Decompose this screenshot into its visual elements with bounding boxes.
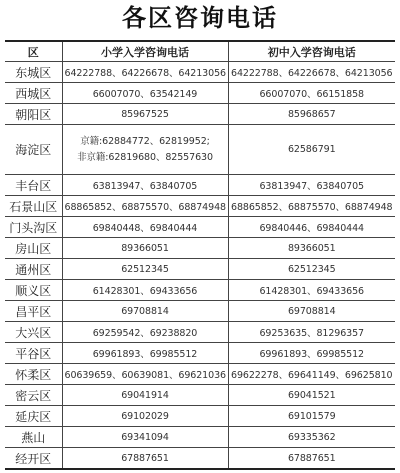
district-cell: 丰台区 bbox=[5, 175, 62, 196]
table-row: 西城区 66007070、63542149 66007070、66151858 bbox=[5, 83, 395, 104]
table-row: 平谷区 69961893、69985512 69961893、69985512 bbox=[5, 343, 395, 364]
primary-phone-non-beijing-hukou: 非京籍:62819680、82557630 bbox=[65, 150, 226, 166]
middle-phone-cell: 69101579 bbox=[228, 406, 395, 427]
middle-phone-cell: 69840446、69840444 bbox=[228, 217, 395, 238]
primary-phone-cell: 64222788、64226678、64213056 bbox=[62, 62, 228, 83]
primary-phone-cell: 69840448、69840444 bbox=[62, 217, 228, 238]
district-cell: 昌平区 bbox=[5, 301, 62, 322]
district-cell: 海淀区 bbox=[5, 125, 62, 175]
district-cell: 朝阳区 bbox=[5, 104, 62, 125]
middle-phone-cell: 69335362 bbox=[228, 427, 395, 448]
table-row: 石景山区 68865852、68875570、68874948 68865852… bbox=[5, 196, 395, 217]
table-row: 延庆区 69102029 69101579 bbox=[5, 406, 395, 427]
header-district: 区 bbox=[5, 41, 62, 62]
district-cell: 延庆区 bbox=[5, 406, 62, 427]
middle-phone-cell: 69708814 bbox=[228, 301, 395, 322]
district-cell: 燕山 bbox=[5, 427, 62, 448]
primary-phone-cell: 85967525 bbox=[62, 104, 228, 125]
primary-phone-cell: 69259542、69238820 bbox=[62, 322, 228, 343]
table-row: 昌平区 69708814 69708814 bbox=[5, 301, 395, 322]
primary-phone-cell: 69708814 bbox=[62, 301, 228, 322]
primary-phone-cell: 68865852、68875570、68874948 bbox=[62, 196, 228, 217]
district-cell: 经开区 bbox=[5, 448, 62, 470]
middle-phone-cell: 69041521 bbox=[228, 385, 395, 406]
middle-phone-cell: 66007070、66151858 bbox=[228, 83, 395, 104]
table-row: 房山区 89366051 89366051 bbox=[5, 238, 395, 259]
middle-phone-cell: 64222788、64226678、64213056 bbox=[228, 62, 395, 83]
table-header-row: 区 小学入学咨询电话 初中入学咨询电话 bbox=[5, 41, 395, 62]
primary-phone-cell: 62512345 bbox=[62, 259, 228, 280]
middle-phone-cell: 67887651 bbox=[228, 448, 395, 470]
primary-phone-cell: 67887651 bbox=[62, 448, 228, 470]
district-cell: 平谷区 bbox=[5, 343, 62, 364]
table-row: 朝阳区 85967525 85968657 bbox=[5, 104, 395, 125]
middle-phone-cell: 63813947、63840705 bbox=[228, 175, 395, 196]
table-row: 顺义区 61428301、69433656 61428301、69433656 bbox=[5, 280, 395, 301]
middle-phone-cell: 62586791 bbox=[228, 125, 395, 175]
district-cell: 东城区 bbox=[5, 62, 62, 83]
district-cell: 门头沟区 bbox=[5, 217, 62, 238]
primary-phone-cell: 69041914 bbox=[62, 385, 228, 406]
primary-phone-cell: 63813947、63840705 bbox=[62, 175, 228, 196]
primary-phone-cell: 89366051 bbox=[62, 238, 228, 259]
middle-phone-cell: 85968657 bbox=[228, 104, 395, 125]
header-primary-school-phone: 小学入学咨询电话 bbox=[62, 41, 228, 62]
header-middle-school-phone: 初中入学咨询电话 bbox=[228, 41, 395, 62]
table-row: 丰台区 63813947、63840705 63813947、63840705 bbox=[5, 175, 395, 196]
middle-phone-cell: 61428301、69433656 bbox=[228, 280, 395, 301]
table-row: 通州区 62512345 62512345 bbox=[5, 259, 395, 280]
middle-phone-cell: 69253635、81296357 bbox=[228, 322, 395, 343]
table-row: 大兴区 69259542、69238820 69253635、81296357 bbox=[5, 322, 395, 343]
table-row: 密云区 69041914 69041521 bbox=[5, 385, 395, 406]
district-cell: 房山区 bbox=[5, 238, 62, 259]
table-row: 经开区 67887651 67887651 bbox=[5, 448, 395, 470]
table-row: 门头沟区 69840448、69840444 69840446、69840444 bbox=[5, 217, 395, 238]
primary-phone-cell: 66007070、63542149 bbox=[62, 83, 228, 104]
middle-phone-cell: 62512345 bbox=[228, 259, 395, 280]
district-cell: 石景山区 bbox=[5, 196, 62, 217]
district-cell: 怀柔区 bbox=[5, 364, 62, 385]
primary-phone-cell: 60639659、60639081、69621036 bbox=[62, 364, 228, 385]
table-row: 海淀区 京籍:62884772、62819952; 非京籍:62819680、8… bbox=[5, 125, 395, 175]
primary-phone-cell: 61428301、69433656 bbox=[62, 280, 228, 301]
primary-phone-beijing-hukou: 京籍:62884772、62819952; bbox=[65, 134, 226, 150]
district-cell: 顺义区 bbox=[5, 280, 62, 301]
primary-phone-cell: 京籍:62884772、62819952; 非京籍:62819680、82557… bbox=[62, 125, 228, 175]
page-title: 各区咨询电话 bbox=[0, 3, 400, 33]
primary-phone-cell: 69961893、69985512 bbox=[62, 343, 228, 364]
consultation-phone-table: 区 小学入学咨询电话 初中入学咨询电话 东城区 64222788、6422667… bbox=[5, 40, 395, 470]
district-cell: 西城区 bbox=[5, 83, 62, 104]
primary-phone-cell: 69102029 bbox=[62, 406, 228, 427]
middle-phone-cell: 68865852、68875570、68874948 bbox=[228, 196, 395, 217]
table-row: 东城区 64222788、64226678、64213056 64222788、… bbox=[5, 62, 395, 83]
middle-phone-cell: 69622278、69641149、69625810 bbox=[228, 364, 395, 385]
middle-phone-cell: 89366051 bbox=[228, 238, 395, 259]
middle-phone-cell: 69961893、69985512 bbox=[228, 343, 395, 364]
primary-phone-cell: 69341094 bbox=[62, 427, 228, 448]
table-row: 燕山 69341094 69335362 bbox=[5, 427, 395, 448]
district-cell: 大兴区 bbox=[5, 322, 62, 343]
table-row: 怀柔区 60639659、60639081、69621036 69622278、… bbox=[5, 364, 395, 385]
district-cell: 密云区 bbox=[5, 385, 62, 406]
district-cell: 通州区 bbox=[5, 259, 62, 280]
